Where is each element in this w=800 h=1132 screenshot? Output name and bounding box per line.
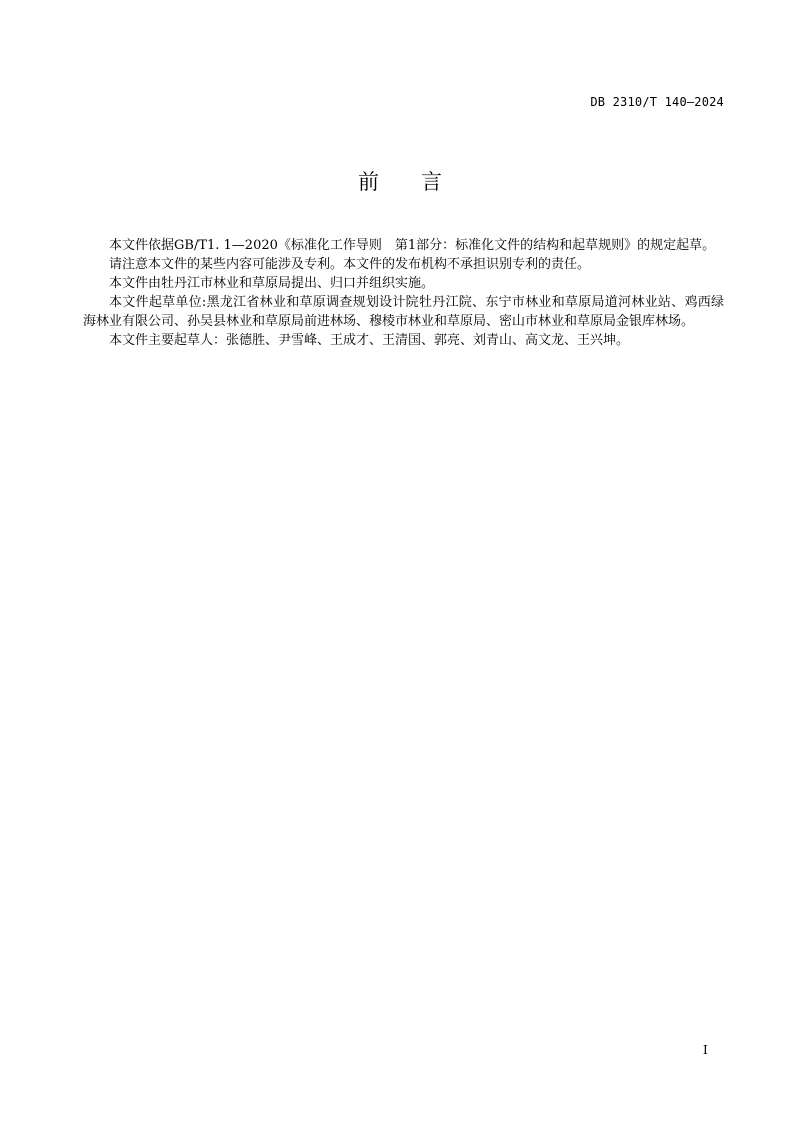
- paragraph-drafting-units: 本文件起草单位:黑龙江省林业和草原调查规划设计院牡丹江院、东宁市林业和草原局道河…: [83, 293, 724, 331]
- page-number: I: [703, 1042, 708, 1058]
- title-char-1: 前: [358, 168, 379, 196]
- paragraph-patent-notice: 请注意本文件的某些内容可能涉及专利。本文件的发布机构不承担识别专利的责任。: [83, 255, 724, 274]
- document-code: DB 2310/T 140—2024: [590, 94, 724, 110]
- paragraph-drafting-basis: 本文件依据GB/T1. 1—2020《标准化工作导则 第1部分：标准化文件的结构…: [83, 236, 724, 255]
- paragraph-drafters: 本文件主要起草人：张德胜、尹雪峰、王成才、王清国、郭亮、刘青山、高文龙、王兴坤。: [83, 331, 724, 350]
- foreword-body: 本文件依据GB/T1. 1—2020《标准化工作导则 第1部分：标准化文件的结构…: [83, 236, 724, 350]
- page-title: 前言: [0, 168, 800, 196]
- paragraph-proposer: 本文件由牡丹江市林业和草原局提出、归口并组织实施。: [83, 274, 724, 293]
- title-char-2: 言: [421, 168, 442, 196]
